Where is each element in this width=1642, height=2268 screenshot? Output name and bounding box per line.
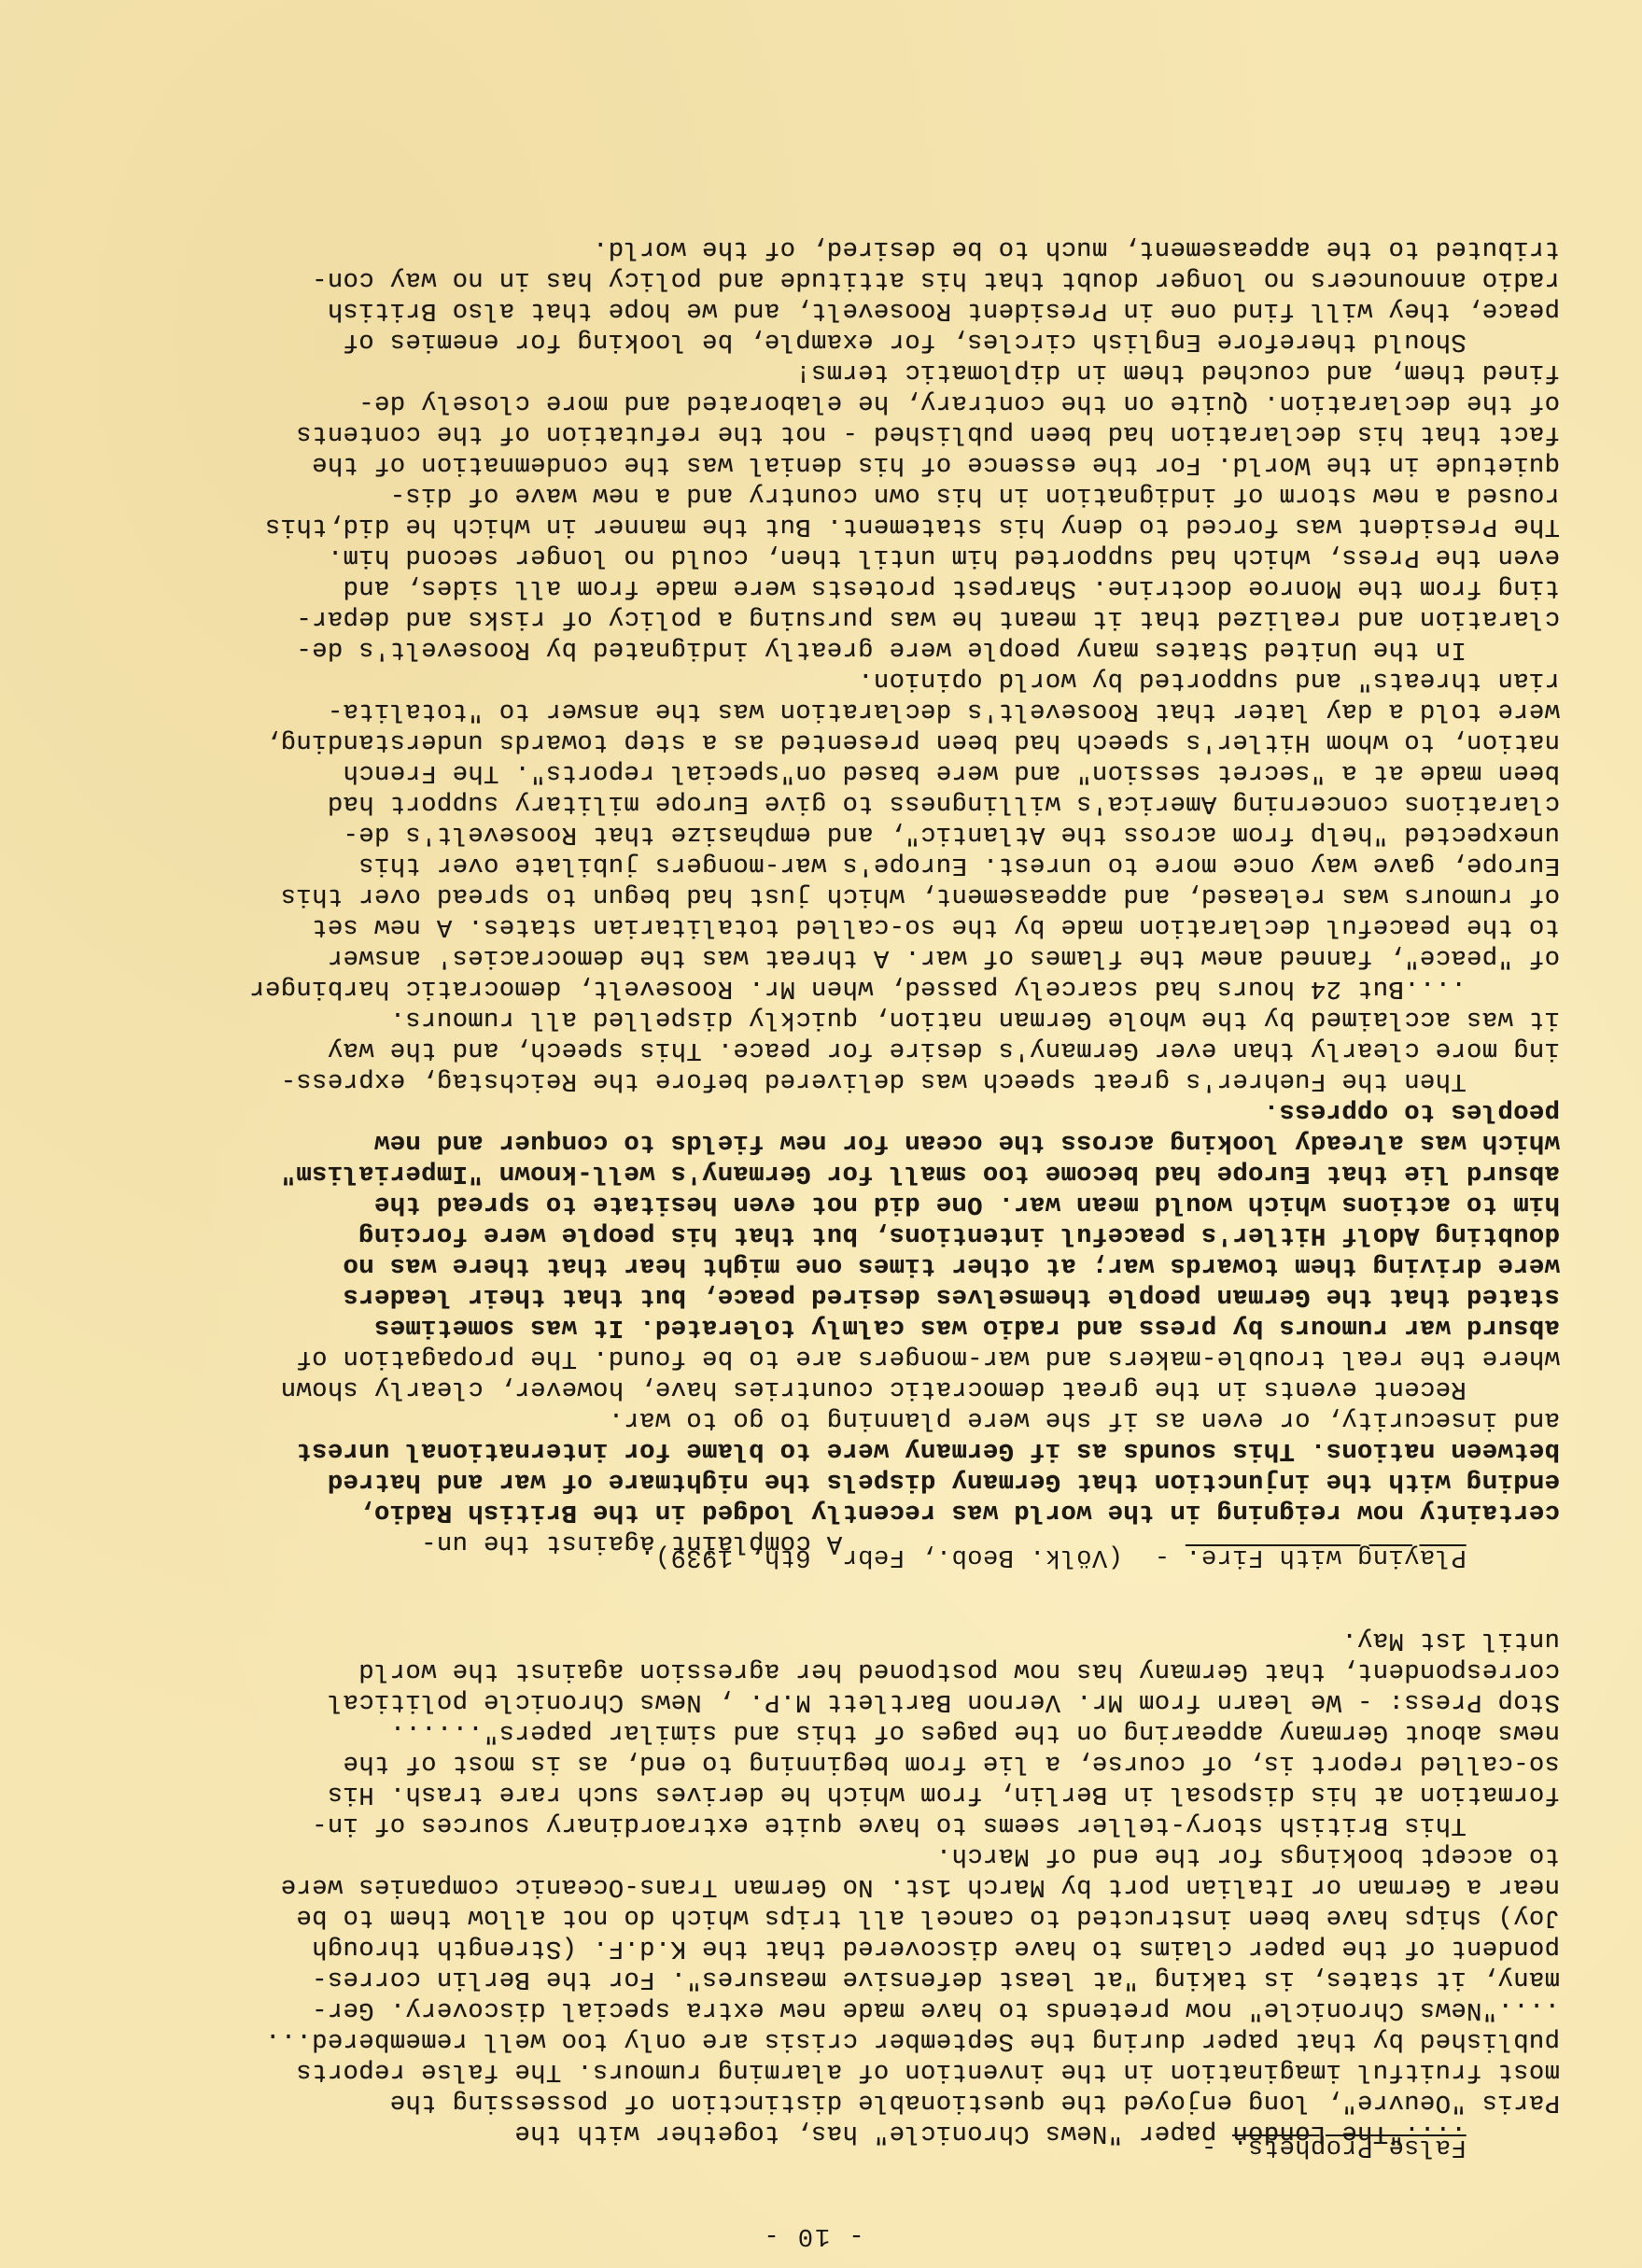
page-number: - 10 - — [66, 2221, 1560, 2249]
text-line: The President was forced to deny his sta… — [265, 511, 1560, 542]
text-line: were told a day later that Roosevelt's d… — [328, 696, 1561, 726]
text-line: In the United States many people were gr… — [296, 634, 1560, 665]
text-line: which was already looking across the oce… — [374, 1127, 1560, 1158]
text-line: Joy) ships have been instructed to cance… — [296, 1902, 1560, 1933]
text-line: to accept bookings for the end of March. — [935, 1840, 1560, 1871]
text-line: fact that his declaration had been publi… — [296, 418, 1560, 449]
text-line: fined them, and couched them in diplomat… — [795, 357, 1560, 387]
text-line: quietude in the World. For the essence o… — [312, 449, 1560, 480]
text-line: correspondent, that Germany has now post… — [358, 1655, 1560, 1686]
text-line: ending with the injunction that Germany … — [328, 1466, 1561, 1497]
document-page: - 10 - False Prophets. - ...."The London… — [0, 0, 1642, 2268]
text-line: where the real trouble-makers and war-mo… — [296, 1343, 1560, 1373]
text-line: peace, they will find one in President R… — [328, 295, 1561, 326]
text-line: unexpected "help from across the Atlanti… — [343, 819, 1560, 850]
text-line: certainty now reigning in the world was … — [358, 1497, 1560, 1528]
text-line: Paris "Oeuvre", long enjoyed the questio… — [389, 2087, 1560, 2118]
text-line: Recent events in the great democratic co… — [280, 1373, 1560, 1404]
text-line: Stop Press: - We learn from Mr. Vernon B… — [328, 1686, 1561, 1717]
text-line: so-called report is, of course, a lie fr… — [343, 1748, 1560, 1779]
text-line: of "peace", fanned anew the flames of wa… — [328, 942, 1561, 973]
text-line: of the declaration. Quite on the contrar… — [358, 387, 1560, 418]
text-line: nation, to whom Hitler's speech had been… — [265, 726, 1560, 757]
text-line: until 1st May. — [1341, 1625, 1560, 1655]
text-line: claration and realized that it meant he … — [296, 603, 1560, 634]
text-line: been made at a "secret session" and were… — [343, 757, 1560, 788]
text-line: ...."The London paper "News Chronicle" h… — [514, 2118, 1560, 2148]
text-line: ting from the Monroe doctrine. Sharpest … — [343, 572, 1560, 603]
text-line: Should therefore English circles, for ex… — [343, 326, 1560, 357]
text-line: of rumours was released, and appeasement… — [280, 880, 1560, 911]
text-line: published by that paper during the Septe… — [265, 2025, 1560, 2056]
text-line: stated that the German people themselves… — [343, 1281, 1560, 1312]
text-line: formation at his disposal in Berlin, fro… — [328, 1779, 1561, 1810]
text-line: A complaint against the un- — [421, 1528, 1560, 1558]
text-line: clarations concerning America's willingn… — [328, 788, 1561, 819]
text-line: absurd lie that Europe had become too sm… — [280, 1158, 1560, 1189]
text-line: it was acclaimed by the whole German nat… — [389, 1004, 1560, 1035]
text-line: doubting Adolf Hitler's peaceful intenti… — [358, 1219, 1560, 1250]
text-line: and insecurity, or even as if she were p… — [608, 1404, 1560, 1435]
text-line: news about Germany appearing on the page… — [389, 1717, 1560, 1748]
text-line: roused a new storm of indignation in his… — [389, 480, 1560, 511]
text-line: rian threats" and supported by world opi… — [858, 665, 1560, 696]
text-line: him to actions which would mean war. One… — [374, 1189, 1560, 1219]
text-line: pondent of the paper claims to have disc… — [312, 1933, 1560, 1964]
text-line: near a German or Italian port by March 1… — [280, 1871, 1560, 1902]
text-line: This British story-teller seems to have … — [312, 1810, 1560, 1840]
text-line: most fruitful imagination in the inventi… — [296, 2056, 1560, 2087]
text-line: to the peaceful declaration made by the … — [312, 911, 1560, 942]
text-line: between nations. This sounds as if Germa… — [296, 1435, 1560, 1466]
text-line: ....But 24 hours had scarcely passed, wh… — [249, 973, 1560, 1004]
text-line: Europe, gave way once more to unrest. Eu… — [358, 850, 1560, 880]
text-line: many, it states, is taking "at least def… — [312, 1964, 1560, 1994]
text-line: even the Press, which had supported him … — [328, 542, 1561, 572]
text-line: ...."News Chronicle" now pretends to hav… — [312, 1994, 1560, 2025]
text-line: radio announcers no longer doubt that hi… — [312, 264, 1560, 295]
text-line: were driving them towards war; at other … — [343, 1250, 1560, 1281]
text-line: tributed to the appeasement, much to be … — [593, 233, 1560, 264]
text-line: absurd war rumours by press and radio wa… — [374, 1312, 1560, 1343]
text-line: Then the Fuehrer's great speech was deli… — [280, 1065, 1560, 1096]
text-line: peoples to oppress. — [1263, 1096, 1560, 1127]
text-line: ing more clearly than ever Germany's des… — [328, 1035, 1561, 1065]
